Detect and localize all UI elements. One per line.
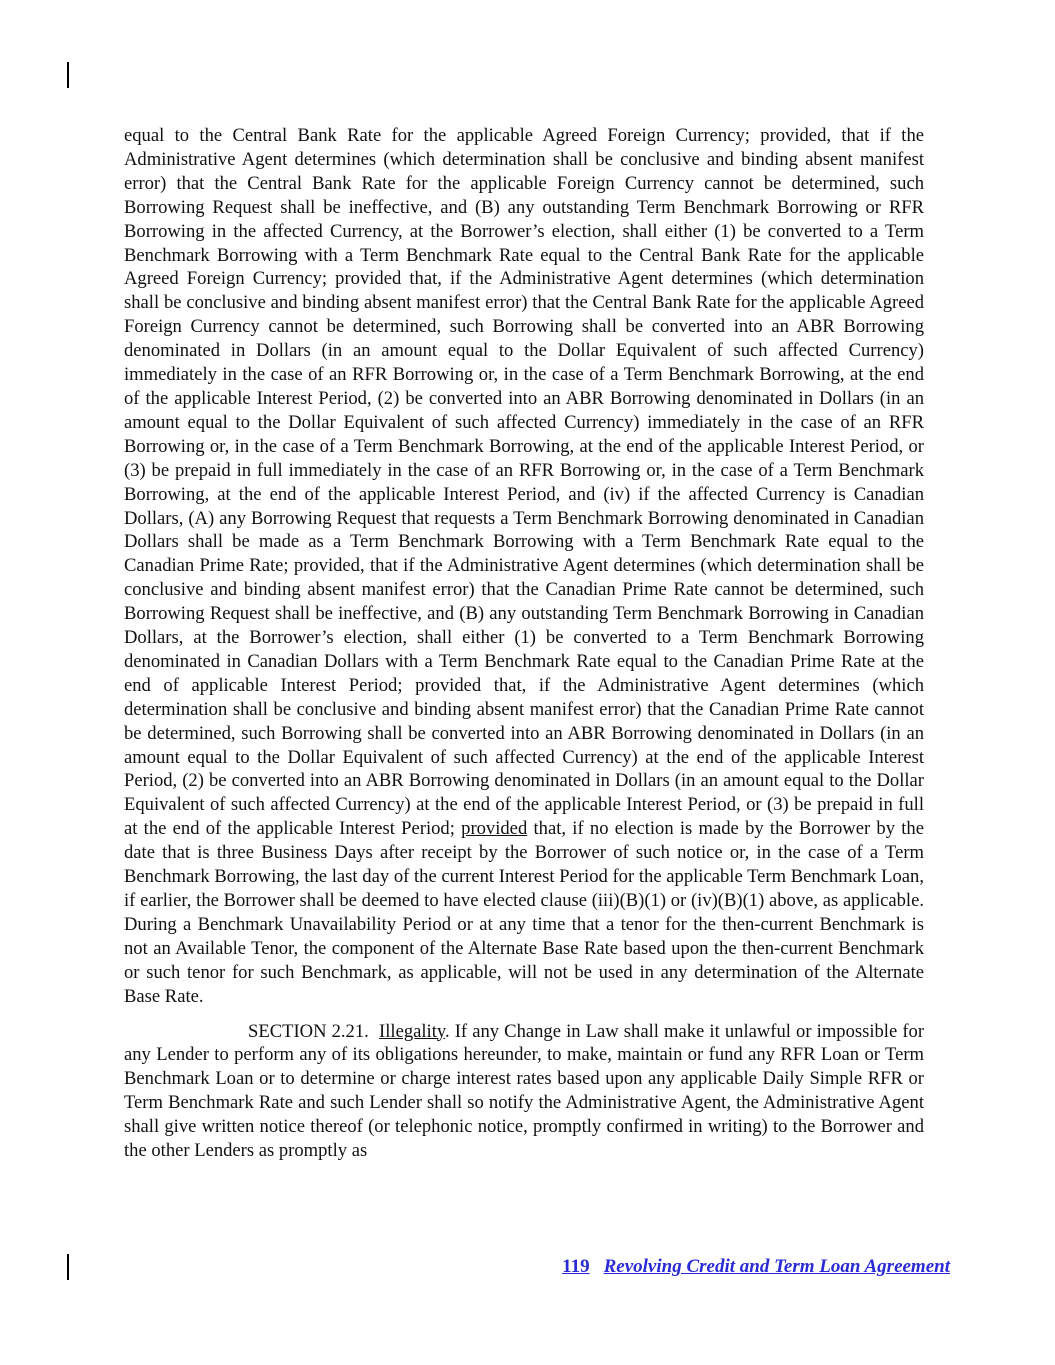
document-title-link[interactable]: Revolving Credit and Term Loan Agreement bbox=[604, 1256, 950, 1277]
text-segment: that, if no election is made by the Borr… bbox=[124, 818, 924, 1006]
section-title: Illegality bbox=[379, 1021, 445, 1042]
revision-bar-top bbox=[67, 62, 69, 88]
provided-underlined: provided bbox=[461, 818, 527, 839]
document-body: equal to the Central Bank Rate for the a… bbox=[124, 124, 924, 1163]
revision-bar-bottom bbox=[67, 1254, 69, 1280]
text-segment: equal to the Central Bank Rate for the a… bbox=[124, 125, 924, 839]
document-page: equal to the Central Bank Rate for the a… bbox=[0, 0, 1055, 1365]
paragraph-section-2-21: SECTION 2.21. Illegality. If any Change … bbox=[124, 1020, 924, 1163]
page-footer: 119Revolving Credit and Term Loan Agreem… bbox=[562, 1256, 950, 1278]
page-number-link[interactable]: 119 bbox=[562, 1256, 589, 1277]
text-segment: . If any Change in Law shall make it unl… bbox=[124, 1021, 924, 1162]
section-number: SECTION 2.21. bbox=[248, 1021, 369, 1042]
paragraph-continuation: equal to the Central Bank Rate for the a… bbox=[124, 124, 924, 1009]
